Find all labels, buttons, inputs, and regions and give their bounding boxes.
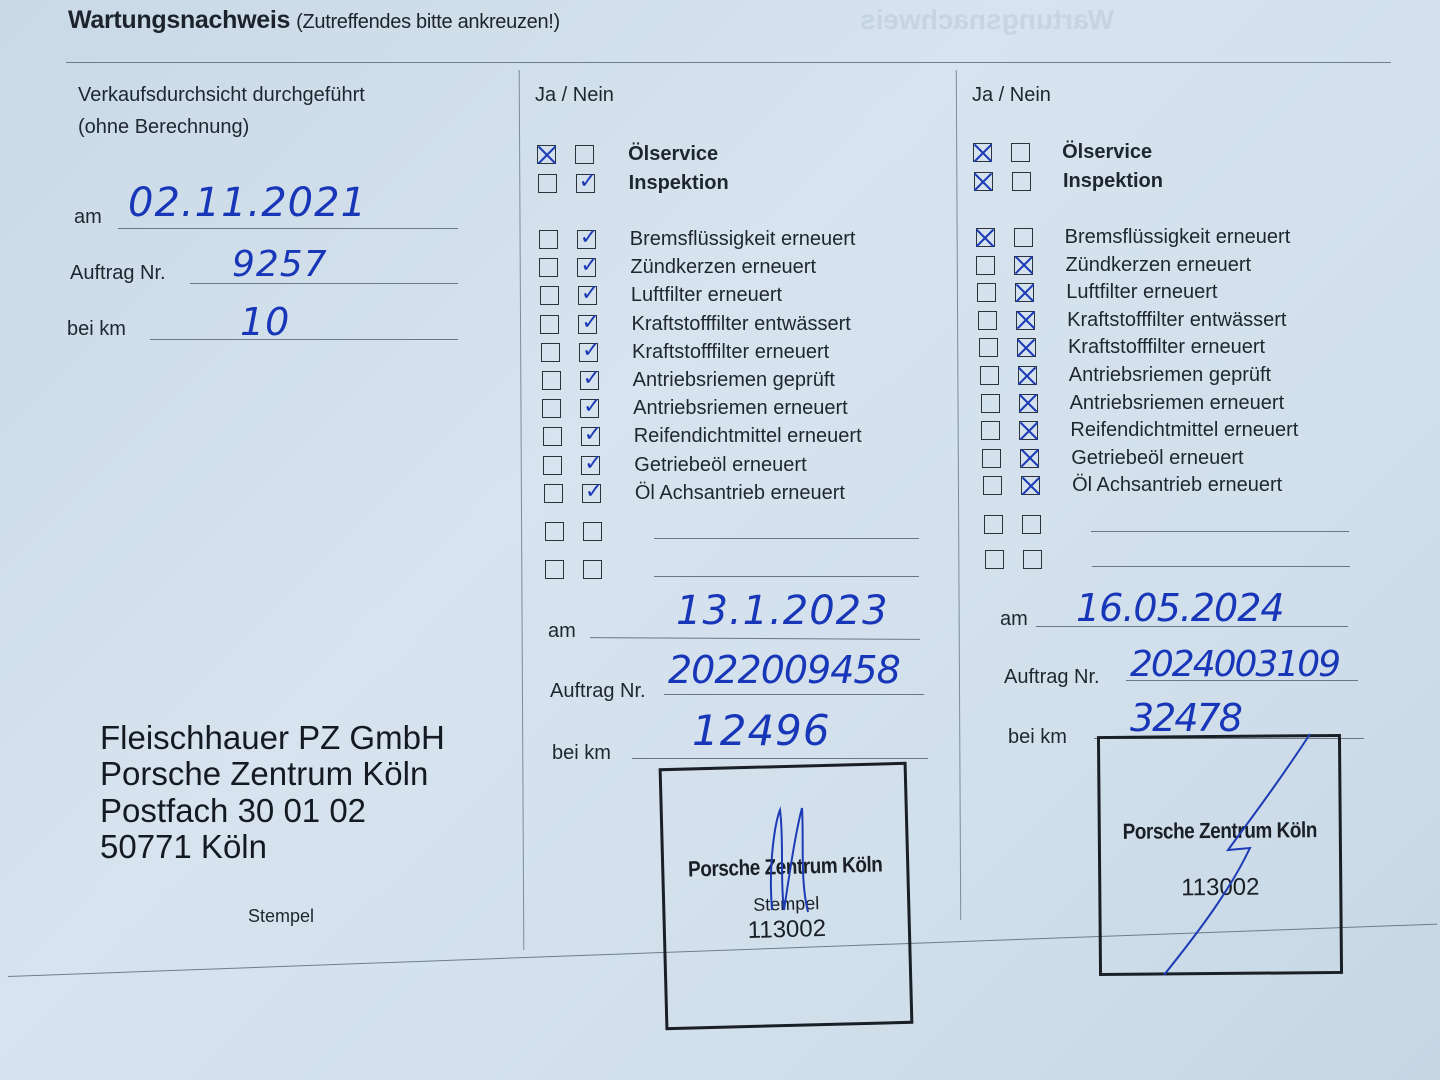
nein-checkbox[interactable] [583, 522, 602, 541]
checklist-label: Öl Achsantrieb erneuert [1072, 474, 1282, 497]
nein-checkbox[interactable] [583, 560, 602, 579]
blank-entry-line [654, 576, 919, 577]
nein-checkbox[interactable] [578, 286, 597, 305]
title-text: Wartungsnachweis [68, 6, 290, 34]
ja-checkbox[interactable] [985, 550, 1004, 569]
nein-checkbox[interactable] [1016, 311, 1035, 330]
service-label: Ölservice [628, 143, 718, 166]
header-rule [66, 62, 1391, 63]
col2-date-label: am [1000, 608, 1028, 631]
column-divider-1 [519, 70, 525, 950]
col1-date-value: 13.1.2023 [676, 588, 889, 634]
ja-checkbox[interactable] [978, 311, 997, 330]
ja-checkbox[interactable] [543, 456, 562, 475]
col1-km-value: 12496 [692, 706, 831, 755]
maintenance-record-page: Wartungsnachweis Wartungsnachweis(Zutref… [0, 0, 1440, 1080]
col1-order-value: 2022009458 [668, 648, 900, 692]
nein-checkbox[interactable] [1017, 338, 1036, 357]
col2-km-label: bei km [1008, 726, 1067, 749]
checklist-label: Reifendichtmittel erneuert [634, 425, 862, 448]
ja-checkbox[interactable] [973, 143, 992, 162]
left-km-value: 10 [240, 300, 290, 344]
nein-checkbox[interactable] [1019, 394, 1038, 413]
nein-checkbox[interactable] [1021, 476, 1040, 495]
checklist-label: Kraftstofffilter erneuert [1068, 336, 1265, 359]
nein-checkbox[interactable] [1020, 449, 1039, 468]
checklist-label: Zündkerzen erneuert [1065, 254, 1251, 277]
checklist-label: Antriebsriemen geprüft [1069, 364, 1271, 387]
ja-checkbox[interactable] [977, 283, 996, 302]
nein-checkbox[interactable] [581, 456, 600, 475]
ja-checkbox[interactable] [541, 343, 560, 362]
ja-checkbox[interactable] [983, 476, 1002, 495]
left-date-line [118, 228, 458, 229]
dealer-center: Porsche Zentrum Köln [100, 756, 445, 792]
ja-checkbox[interactable] [982, 449, 1001, 468]
blank-entry-line [1092, 566, 1350, 567]
col1-km-label: bei km [552, 742, 611, 765]
col2-ja-nein-header: Ja / Nein [972, 84, 1051, 107]
nein-checkbox[interactable] [577, 258, 596, 277]
checklist-label: Luftfilter erneuert [631, 284, 782, 307]
ja-checkbox[interactable] [979, 338, 998, 357]
ja-checkbox[interactable] [976, 228, 995, 247]
col1-ja-nein-header: Ja / Nein [535, 84, 614, 107]
nein-checkbox[interactable] [580, 371, 599, 390]
col1-date-label: am [548, 620, 576, 643]
checklist-label: Öl Achsantrieb erneuert [635, 482, 845, 505]
ja-checkbox[interactable] [540, 315, 559, 334]
ja-checkbox[interactable] [537, 145, 556, 164]
checklist-label: Zündkerzen erneuert [630, 256, 816, 279]
ja-checkbox[interactable] [542, 371, 561, 390]
nein-checkbox[interactable] [1022, 515, 1041, 534]
service-label: Inspektion [629, 172, 729, 195]
ja-checkbox[interactable] [974, 172, 993, 191]
nein-checkbox[interactable] [579, 343, 598, 362]
checklist-label: Bremsflüssigkeit erneuert [1065, 226, 1291, 249]
col1-date-line [590, 637, 920, 640]
col1-order-line [664, 694, 924, 695]
ja-checkbox[interactable] [542, 399, 561, 418]
nein-checkbox[interactable] [582, 484, 601, 503]
left-date-label: am [74, 206, 102, 229]
checklist-label: Antriebsriemen geprüft [633, 369, 835, 392]
sales-inspection-note: (ohne Berechnung) [78, 116, 249, 139]
ja-checkbox[interactable] [981, 394, 1000, 413]
blank-entry-line [1091, 531, 1349, 532]
ja-checkbox[interactable] [544, 484, 563, 503]
col1-signature [750, 800, 830, 920]
service-label: Ölservice [1062, 141, 1152, 164]
ja-checkbox[interactable] [543, 427, 562, 446]
ja-checkbox[interactable] [540, 286, 559, 305]
ja-checkbox[interactable] [539, 258, 558, 277]
page-title: Wartungsnachweis(Zutreffendes bitte ankr… [68, 6, 560, 35]
left-km-line [150, 339, 458, 340]
sales-inspection-heading: Verkaufsdurchsicht durchgeführt [78, 84, 365, 107]
bleed-through-text: Wartungsnachweis [860, 4, 1114, 36]
left-order-label: Auftrag Nr. [70, 262, 166, 285]
nein-checkbox[interactable] [1018, 366, 1037, 385]
checklist-label: Bremsflüssigkeit erneuert [630, 228, 856, 251]
nein-checkbox[interactable] [575, 145, 594, 164]
col2-order-label: Auftrag Nr. [1004, 666, 1100, 689]
title-subtitle: (Zutreffendes bitte ankreuzen!) [296, 11, 560, 33]
dealer-city: 50771 Köln [100, 829, 445, 865]
nein-checkbox[interactable] [580, 399, 599, 418]
column-divider-2 [956, 70, 961, 920]
dealer-po-box: Postfach 30 01 02 [100, 793, 445, 829]
nein-checkbox[interactable] [1012, 172, 1031, 191]
nein-checkbox[interactable] [1014, 256, 1033, 275]
nein-checkbox[interactable] [1019, 421, 1038, 440]
ja-checkbox[interactable] [980, 366, 999, 385]
ja-checkbox[interactable] [984, 515, 1003, 534]
nein-checkbox[interactable] [1015, 283, 1034, 302]
service-label: Inspektion [1063, 170, 1163, 193]
checklist-label: Luftfilter erneuert [1066, 281, 1217, 304]
ja-checkbox[interactable] [539, 230, 558, 249]
dealer-address-stamp: Fleischhauer PZ GmbH Porsche Zentrum Köl… [100, 720, 445, 865]
checklist-label: Kraftstofffilter erneuert [632, 341, 829, 364]
col1-km-line [632, 758, 928, 759]
checklist-label: Getriebeöl erneuert [634, 454, 806, 477]
checklist-label: Antriebsriemen erneuert [1070, 392, 1285, 415]
col2-order-value: 2024003109 [1130, 644, 1339, 685]
nein-checkbox[interactable] [1023, 550, 1042, 569]
left-date-value: 02.11.2021 [128, 180, 367, 226]
nein-checkbox[interactable] [576, 174, 595, 193]
col2-signature [1100, 720, 1340, 990]
col1-order-label: Auftrag Nr. [550, 680, 646, 703]
nein-checkbox[interactable] [577, 230, 596, 249]
left-km-label: bei km [67, 318, 126, 341]
ja-checkbox[interactable] [545, 522, 564, 541]
blank-entry-line [654, 538, 919, 539]
nein-checkbox[interactable] [1014, 228, 1033, 247]
left-stamp-label: Stempel [248, 906, 314, 927]
col2-date-value: 16.05.2024 [1076, 586, 1284, 630]
nein-checkbox[interactable] [581, 427, 600, 446]
dealer-name: Fleischhauer PZ GmbH [100, 720, 445, 756]
ja-checkbox[interactable] [976, 256, 995, 275]
nein-checkbox[interactable] [578, 315, 597, 334]
checklist-label: Getriebeöl erneuert [1071, 447, 1243, 470]
checklist-label: Kraftstofffilter entwässert [1067, 309, 1286, 332]
nein-checkbox[interactable] [1011, 143, 1030, 162]
checklist-label: Kraftstofffilter entwässert [631, 313, 850, 336]
checklist-label: Antriebsriemen erneuert [633, 397, 848, 420]
left-order-value: 9257 [232, 244, 328, 285]
ja-checkbox[interactable] [538, 174, 557, 193]
checklist-label: Reifendichtmittel erneuert [1070, 419, 1298, 442]
ja-checkbox[interactable] [545, 560, 564, 579]
ja-checkbox[interactable] [981, 421, 1000, 440]
